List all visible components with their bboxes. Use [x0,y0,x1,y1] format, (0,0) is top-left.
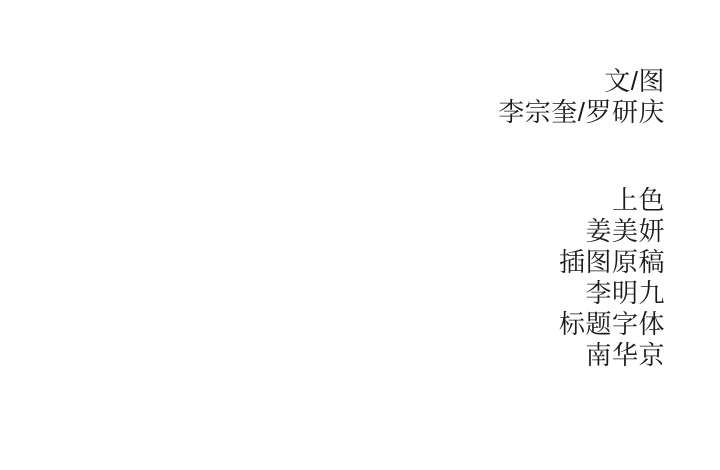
comic-credits-page: { "page": { "background_color": "#ffffff… [0,0,720,470]
author-role-label: 文/图 [498,66,665,97]
credits-text-block: 文/图 李宗奎/罗研庆 上色 姜美妍 插图原稿 李明九 标题字体 南华京 [498,66,665,371]
author-names: 李宗奎/罗研庆 [498,97,665,128]
staff-credits: 上色 姜美妍 插图原稿 李明九 标题字体 南华京 [498,185,665,371]
illustration-role-label: 插图原稿 [498,247,665,278]
title-lettering-role-label: 标题字体 [498,309,665,340]
coloring-role-label: 上色 [498,185,665,216]
author-credit: 文/图 李宗奎/罗研庆 [498,66,665,128]
illustration-artist-name: 李明九 [498,278,665,309]
title-lettering-artist-name: 南华京 [498,340,665,371]
coloring-artist-name: 姜美妍 [498,216,665,247]
